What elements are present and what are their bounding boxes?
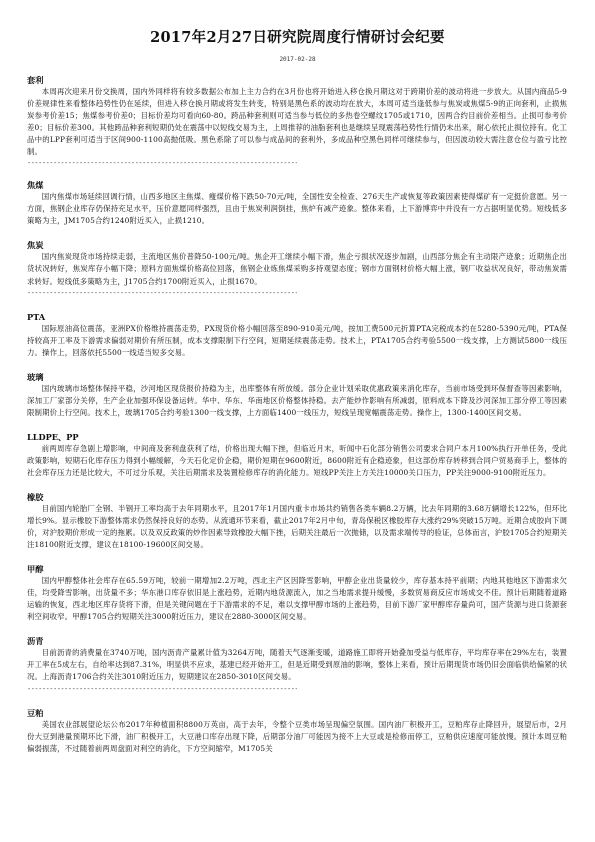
section-heading: 焦炭 <box>27 239 567 251</box>
section-arbitrage: 套利 本周再次迎来月份交换周，国内外同样将有较多数据公布加上主力合约在3月份也将… <box>27 74 567 169</box>
section-heading: 套利 <box>27 74 567 86</box>
section-heading: 沥青 <box>27 635 567 647</box>
section-soybean-meal: 豆粕 美国农业部展望论坛公布2017年种植面积8800万英亩，高于去年，令整个豆… <box>27 707 567 755</box>
section-paragraph: 目前国内轮胎厂全钢、半钢开工率均高于去年同期水平，且2017年1月国内重卡市场共… <box>27 503 567 551</box>
section-paragraph: 美国农业部展望论坛公布2017年种植面积8800万英亩，高于去年，令整个豆类市场… <box>27 719 567 755</box>
section-divider: ----------------------------------------… <box>27 684 297 695</box>
section-glass: 玻璃 国内玻璃市场整体保持平稳，沙河地区现货报价持稳为主，出库整体有所放缓。部分… <box>27 371 567 419</box>
section-divider: ----------------------------------------… <box>27 158 297 169</box>
section-paragraph: 国际原油高位震荡，亚洲PX价格维持震荡走势，PX现货价格小幅回落至890-910… <box>27 323 567 359</box>
section-heading: LLDPE、PP <box>27 431 567 443</box>
section-paragraph: 国内玻璃市场整体保持平稳，沙河地区现货报价持稳为主，出库整体有所放缓。部分企业计… <box>27 383 567 419</box>
section-rubber: 橡胶 目前国内轮胎厂全钢、半钢开工率均高于去年同期水平，且2017年1月国内重卡… <box>27 491 567 551</box>
section-paragraph: 国内焦煤市场延续回调行情，山西多地区主焦煤、瘦煤价格下跌50-70元/吨，全国性… <box>27 191 567 227</box>
section-heading: PTA <box>27 311 567 323</box>
section-heading: 甲醇 <box>27 563 567 575</box>
section-heading: 豆粕 <box>27 707 567 719</box>
section-coking-coal: 焦煤 国内焦煤市场延续回调行情，山西多地区主焦煤、瘦煤价格下跌50-70元/吨，… <box>27 179 567 227</box>
section-heading: 玻璃 <box>27 371 567 383</box>
document-page: 2017年2月27日研究院周度行情研讨会纪要 2017-02-28 套利 本周再… <box>0 0 595 842</box>
section-paragraph: 国内焦炭现货市场持续走弱，主流地区焦价普降50-100元/吨。焦企开工继续小幅下… <box>27 251 567 287</box>
document-title: 2017年2月27日研究院周度行情研讨会纪要 <box>0 26 595 47</box>
document-body: 套利 本周再次迎来月份交换周，国内外同样将有较多数据公布加上主力合约在3月份也将… <box>27 74 567 755</box>
section-paragraph: 前两周库存急剧上增影响，中间商及套利盘获利了结，价格出现大幅下挫，但临近月末，听… <box>27 443 567 479</box>
section-coke: 焦炭 国内焦炭现货市场持续走弱，主流地区焦价普降50-100元/吨。焦企开工继续… <box>27 239 567 298</box>
section-pta: PTA 国际原油高位震荡，亚洲PX价格维持震荡走势，PX现货价格小幅回落至890… <box>27 311 567 359</box>
section-paragraph: 国内甲醇整体社会库存在65.59万吨，较前一期增加2.2万吨，西北主产区因降雪影… <box>27 575 567 623</box>
section-methanol: 甲醇 国内甲醇整体社会库存在65.59万吨，较前一期增加2.2万吨，西北主产区因… <box>27 563 567 623</box>
section-paragraph: 目前沥青的消费量在3740万吨，国内沥青产量累计值为3264万吨，随着天气逐渐变… <box>27 647 567 683</box>
document-date: 2017-02-28 <box>0 56 595 63</box>
section-divider: ----------------------------------------… <box>27 288 297 299</box>
section-paragraph: 本周再次迎来月份交换周，国内外同样将有较多数据公布加上主力合约在3月份也将开始进… <box>27 86 567 158</box>
section-asphalt: 沥青 目前沥青的消费量在3740万吨，国内沥青产量累计值为3264万吨，随着天气… <box>27 635 567 694</box>
section-lldpe-pp: LLDPE、PP 前两周库存急剧上增影响，中间商及套利盘获利了结，价格出现大幅下… <box>27 431 567 479</box>
section-heading: 焦煤 <box>27 179 567 191</box>
section-heading: 橡胶 <box>27 491 567 503</box>
